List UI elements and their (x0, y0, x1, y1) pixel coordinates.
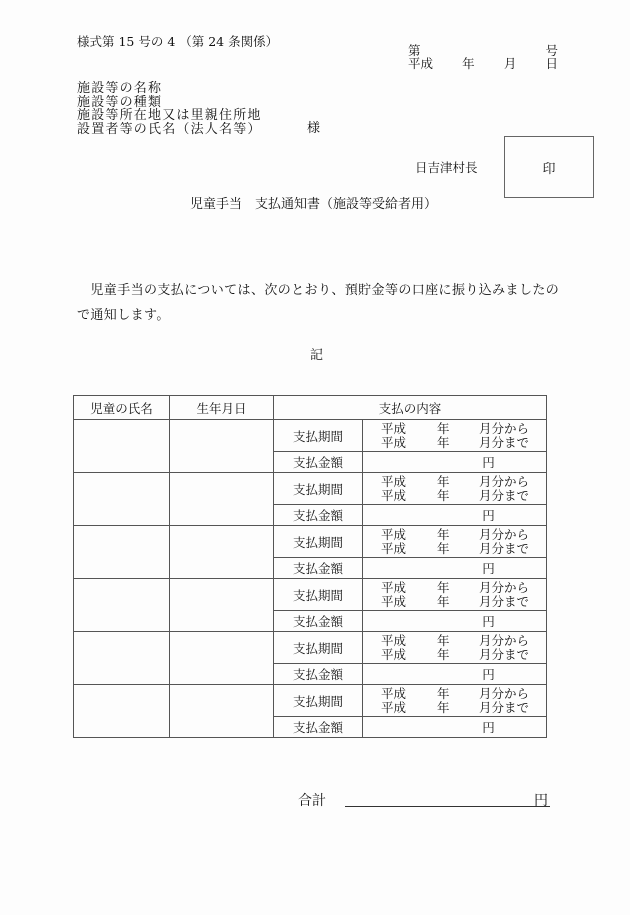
amount-label: 支払金額 (274, 452, 363, 473)
birthdate-cell[interactable] (170, 473, 274, 526)
period-from: 平成年月分から (363, 581, 546, 595)
child-name-cell[interactable] (74, 579, 170, 632)
seal-box: 印 (504, 136, 594, 198)
date-year: 年 (462, 57, 475, 70)
facility-type-label: 施設等の種類 (77, 96, 262, 110)
period-to: 平成年月分まで (363, 648, 546, 662)
period-value-cell[interactable]: 平成年月分から平成年月分まで (363, 420, 547, 452)
period-from: 平成年月分から (363, 475, 546, 489)
child-name-cell[interactable] (74, 473, 170, 526)
yen-unit: 円 (482, 614, 495, 629)
period-to: 平成年月分まで (363, 595, 546, 609)
table-row-period: 支払期間平成年月分から平成年月分まで (74, 685, 547, 717)
issue-date: 平成 年 月 日 (408, 57, 558, 70)
period-to: 平成年月分まで (363, 489, 546, 503)
birthdate-cell[interactable] (170, 526, 274, 579)
amount-value-cell[interactable]: 円 (363, 717, 547, 738)
yen-unit: 円 (482, 667, 495, 682)
birthdate-cell[interactable] (170, 632, 274, 685)
period-from: 平成年月分から (363, 528, 546, 542)
table-row-period: 支払期間平成年月分から平成年月分まで (74, 473, 547, 505)
amount-label: 支払金額 (274, 717, 363, 738)
ki-heading: 記 (310, 344, 323, 363)
period-label: 支払期間 (274, 579, 363, 611)
period-value-cell[interactable]: 平成年月分から平成年月分まで (363, 526, 547, 558)
document-title: 児童手当 支払通知書（施設等受給者用） (190, 193, 437, 212)
date-era: 平成 (408, 57, 433, 70)
payment-table: 児童の氏名 生年月日 支払の内容 支払期間平成年月分から平成年月分まで支払金額円… (73, 395, 547, 738)
period-value-cell[interactable]: 平成年月分から平成年月分まで (363, 579, 547, 611)
total-amount-field[interactable] (345, 806, 550, 807)
facility-name-label: 施設等の名称 (77, 82, 262, 96)
total-unit: 円 (534, 790, 548, 810)
total-label: 合計 (298, 790, 326, 810)
child-name-cell[interactable] (74, 526, 170, 579)
document-number-date: 第 号 平成 年 月 日 (408, 44, 558, 70)
seal-label: 印 (542, 158, 555, 177)
period-to: 平成年月分まで (363, 436, 546, 450)
period-to: 平成年月分まで (363, 701, 546, 715)
period-label: 支払期間 (274, 632, 363, 664)
period-label: 支払期間 (274, 685, 363, 717)
period-from: 平成年月分から (363, 634, 546, 648)
birthdate-cell[interactable] (170, 685, 274, 738)
amount-value-cell[interactable]: 円 (363, 664, 547, 685)
yen-unit: 円 (482, 508, 495, 523)
header-payment-content: 支払の内容 (274, 396, 547, 420)
amount-label: 支払金額 (274, 558, 363, 579)
birthdate-cell[interactable] (170, 579, 274, 632)
period-value-cell[interactable]: 平成年月分から平成年月分まで (363, 685, 547, 717)
header-child-name: 児童の氏名 (74, 396, 170, 420)
table-row-period: 支払期間平成年月分から平成年月分まで (74, 632, 547, 664)
period-label: 支払期間 (274, 526, 363, 558)
table-header-row: 児童の氏名 生年月日 支払の内容 (74, 396, 547, 420)
period-label: 支払期間 (274, 473, 363, 505)
birthdate-cell[interactable] (170, 420, 274, 473)
header-birthdate: 生年月日 (170, 396, 274, 420)
table-row-period: 支払期間平成年月分から平成年月分まで (74, 526, 547, 558)
child-name-cell[interactable] (74, 632, 170, 685)
amount-label: 支払金額 (274, 611, 363, 632)
child-name-cell[interactable] (74, 685, 170, 738)
founder-name-label: 設置者等の氏名（法人名等） (77, 123, 262, 137)
body-text-content: 児童手当の支払については、次のとおり、預貯金等の口座に振り込みましたので通知しま… (77, 283, 559, 323)
yen-unit: 円 (482, 720, 495, 735)
amount-label: 支払金額 (274, 664, 363, 685)
amount-value-cell[interactable]: 円 (363, 505, 547, 526)
child-name-cell[interactable] (74, 420, 170, 473)
amount-value-cell[interactable]: 円 (363, 558, 547, 579)
period-from: 平成年月分から (363, 422, 546, 436)
date-day: 日 (545, 57, 558, 70)
period-to: 平成年月分まで (363, 542, 546, 556)
honorific: 様 (307, 122, 321, 136)
yen-unit: 円 (482, 561, 495, 576)
period-from: 平成年月分から (363, 687, 546, 701)
amount-value-cell[interactable]: 円 (363, 611, 547, 632)
table-row-period: 支払期間平成年月分から平成年月分まで (74, 420, 547, 452)
addressee-block: 施設等の名称 施設等の種類 施設等所在地又は里親住所地 設置者等の氏名（法人名等… (77, 82, 262, 136)
issuer-title: 日吉津村長 (415, 158, 478, 176)
table-row-period: 支払期間平成年月分から平成年月分まで (74, 579, 547, 611)
amount-label: 支払金額 (274, 505, 363, 526)
yen-unit: 円 (482, 455, 495, 470)
body-text: 児童手当の支払については、次のとおり、預貯金等の口座に振り込みましたので通知しま… (77, 278, 567, 328)
form-number: 様式第 15 号の 4 （第 24 条関係） (77, 32, 278, 50)
period-label: 支払期間 (274, 420, 363, 452)
period-value-cell[interactable]: 平成年月分から平成年月分まで (363, 473, 547, 505)
facility-address-label: 施設等所在地又は里親住所地 (77, 109, 262, 123)
period-value-cell[interactable]: 平成年月分から平成年月分まで (363, 632, 547, 664)
date-month: 月 (504, 57, 517, 70)
amount-value-cell[interactable]: 円 (363, 452, 547, 473)
